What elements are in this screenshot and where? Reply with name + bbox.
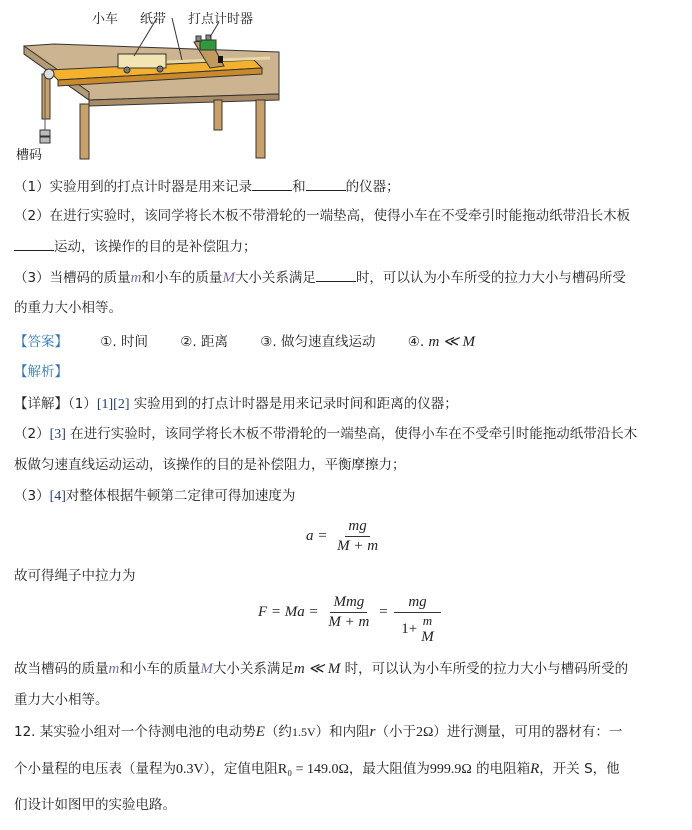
eq2-denominator-2: 1+ m M	[401, 613, 433, 646]
p5-b: 和小车的质量	[119, 661, 200, 677]
eq2-nested-num: m	[423, 613, 432, 629]
detail-p5-line2: 重力大小相等。	[14, 690, 109, 710]
q1-mid: 和	[292, 179, 306, 195]
eq1-numerator: mg	[345, 518, 369, 537]
q12-l1-a: 12. 某实验小组对一个待测电池的电动势	[14, 724, 256, 740]
equation-acceleration: a = mg M + m	[306, 518, 384, 555]
equation-tension: F = Ma = Mmg M + m = mg 1+ m M	[258, 594, 444, 646]
p5-var-M: M	[200, 661, 213, 677]
detail-p1-text: 实验用到的打点计时器是用来记录时间和距离的仪器；	[130, 396, 458, 412]
detail-p2-line2: 板做匀速直线运动运动，该操作的目的是补偿阻力，平衡摩擦力；	[14, 455, 406, 475]
var-M: M	[222, 270, 235, 286]
question-2-line-2: 运动，该操作的目的是补偿阻力；	[14, 236, 257, 257]
eq2-nested-fraction: m M	[421, 613, 434, 646]
eq1-lhs: a =	[306, 528, 327, 544]
p5-a: 故当槽码的质量	[14, 661, 109, 677]
q12-l2-e: ，开关 S，他	[539, 761, 619, 777]
q12-R0-value: R₀ = 149.0Ω	[278, 762, 349, 777]
q12-l2-c: ，最大阻值为	[349, 761, 430, 777]
q12-l1-d: （小于	[375, 724, 416, 740]
eq1-denominator: M + m	[334, 537, 381, 555]
p5-var-m: m	[109, 661, 120, 677]
question-3-line-2: 的重力大小相等。	[14, 298, 122, 318]
detail-p2-text: 在进行实验时，该同学将长木板不带滑轮的一端垫高，使得小车在不受牵引时能拖动纸带沿…	[66, 426, 637, 442]
detail-p2: （2）[3] 在进行实验时，该同学将长木板不带滑轮的一端垫高，使得小车在不受牵引…	[14, 424, 637, 445]
ref-4: [4]	[50, 489, 66, 504]
detail-p3: （3）[4]对整体根据牛顿第二定律可得加速度为	[14, 486, 295, 507]
answer-item-4-math: m ≪ M	[428, 334, 475, 350]
label-cart: 小车	[92, 8, 118, 27]
q12-r-value: 2Ω	[416, 725, 433, 740]
label-weight: 槽码	[16, 144, 42, 163]
eq2-equals: =	[379, 604, 387, 620]
q12-voltmeter-range: 0.3V	[176, 762, 204, 777]
var-m: m	[131, 270, 142, 286]
answer-row: 【答案】 ①. 时间 ②. 距离 ③. 做匀速直线运动 ④. m ≪ M	[14, 332, 475, 352]
answer-item-4-num: ④.	[408, 334, 429, 350]
detail-label: 【详解】	[14, 396, 68, 412]
blank-4	[316, 267, 356, 282]
q12-l2-b: ），定值电阻	[204, 761, 278, 777]
question-3-line-1: （3）当槽码的质量m和小车的质量M大小关系满足时，可以认为小车所受的拉力大小与槽…	[14, 267, 626, 288]
eq2-numerator-2: mg	[394, 594, 440, 613]
q12-l1-e: ）进行测量，可用的器材有：一	[433, 724, 622, 740]
analysis-label: 【解析】	[14, 362, 68, 382]
q12-line-1: 12. 某实验小组对一个待测电池的电动势E（约1.5V）和内阻r（小于2Ω）进行…	[14, 722, 622, 743]
detail-p3-prefix: （3）	[14, 488, 50, 504]
q12-line-3: 们设计如图甲的实验电路。	[14, 795, 176, 815]
q12-l2-d: 的电阻箱	[472, 761, 530, 777]
label-timer: 打点计时器	[188, 8, 253, 27]
q12-l2-a: 个小量程的电压表（量程为	[14, 761, 176, 777]
ref-3: [3]	[50, 427, 66, 442]
detail-p1-prefix: （1）	[68, 396, 97, 412]
q3-prefix: （3）当槽码的质量	[14, 270, 131, 286]
detail-p1: 【详解】（1）[1][2] 实验用到的打点计时器是用来记录时间和距离的仪器；	[14, 394, 458, 415]
eq2-lhs: F = Ma =	[258, 604, 319, 620]
eq2-nested-den: M	[421, 629, 434, 646]
p5-d: 时，可以认为小车所受的拉力大小与槽码所受的	[340, 661, 628, 677]
ref-1-2: [1][2]	[97, 397, 130, 412]
q3-mid2: 大小关系满足	[235, 270, 316, 286]
detail-p3-text: 对整体根据牛顿第二定律可得加速度为	[66, 488, 296, 504]
apparatus-figure: 小车 纸带 打点计时器 槽码	[14, 4, 284, 164]
q2-suffix: 运动，该操作的目的是补偿阻力；	[54, 239, 257, 255]
q12-E-value: 1.5V	[292, 725, 316, 739]
detail-p2-prefix: （2）	[14, 426, 50, 442]
detail-p5: 故当槽码的质量m和小车的质量M大小关系满足m ≪ M 时，可以认为小车所受的拉力…	[14, 659, 628, 679]
eq2-fraction-2: mg 1+ m M	[394, 594, 440, 646]
eq2-numerator-1: Mmg	[330, 594, 367, 613]
q3-suffix: 时，可以认为小车所受的拉力大小与槽码所受	[356, 270, 626, 286]
blank-2	[306, 176, 346, 191]
q1-suffix: 的仪器；	[346, 179, 400, 195]
q12-l1-b: （约	[265, 724, 292, 740]
q12-line-2: 个小量程的电压表（量程为0.3V），定值电阻R₀ = 149.0Ω，最大阻值为9…	[14, 759, 620, 780]
answer-item-3: ③. 做匀速直线运动	[260, 332, 375, 352]
answer-item-4: ④. m ≪ M	[408, 332, 475, 352]
eq1-fraction: mg M + m	[334, 518, 381, 555]
q12-var-R: R	[530, 761, 539, 777]
eq2-den2-one-plus: 1+	[401, 621, 417, 638]
detail-p4: 故可得绳子中拉力为	[14, 566, 136, 586]
label-tape: 纸带	[140, 8, 166, 27]
answer-item-2: ②. 距离	[180, 332, 228, 352]
q12-l1-c: ）和内阻	[316, 724, 370, 740]
q3-mid1: 和小车的质量	[141, 270, 222, 286]
eq2-fraction-1: Mmg M + m	[325, 594, 372, 631]
blank-1	[252, 176, 292, 191]
question-1: （1）实验用到的打点计时器是用来记录和的仪器；	[14, 176, 400, 197]
q12-Rmax-value: 999.9Ω	[430, 762, 472, 777]
answer-item-1: ①. 时间	[100, 332, 148, 352]
p5-c: 大小关系满足	[213, 661, 294, 677]
p5-relation: m ≪ M	[294, 661, 341, 677]
eq2-denominator-1: M + m	[325, 613, 372, 631]
question-2-line-1: （2）在进行实验时，该同学将长木板不带滑轮的一端垫高，使得小车在不受牵引时能拖动…	[14, 206, 630, 226]
answer-label: 【答案】	[14, 334, 68, 350]
q12-var-E: E	[256, 724, 265, 740]
apparatus-illustration	[14, 4, 284, 164]
blank-3	[14, 236, 54, 251]
q1-text: （1）实验用到的打点计时器是用来记录	[14, 179, 252, 195]
